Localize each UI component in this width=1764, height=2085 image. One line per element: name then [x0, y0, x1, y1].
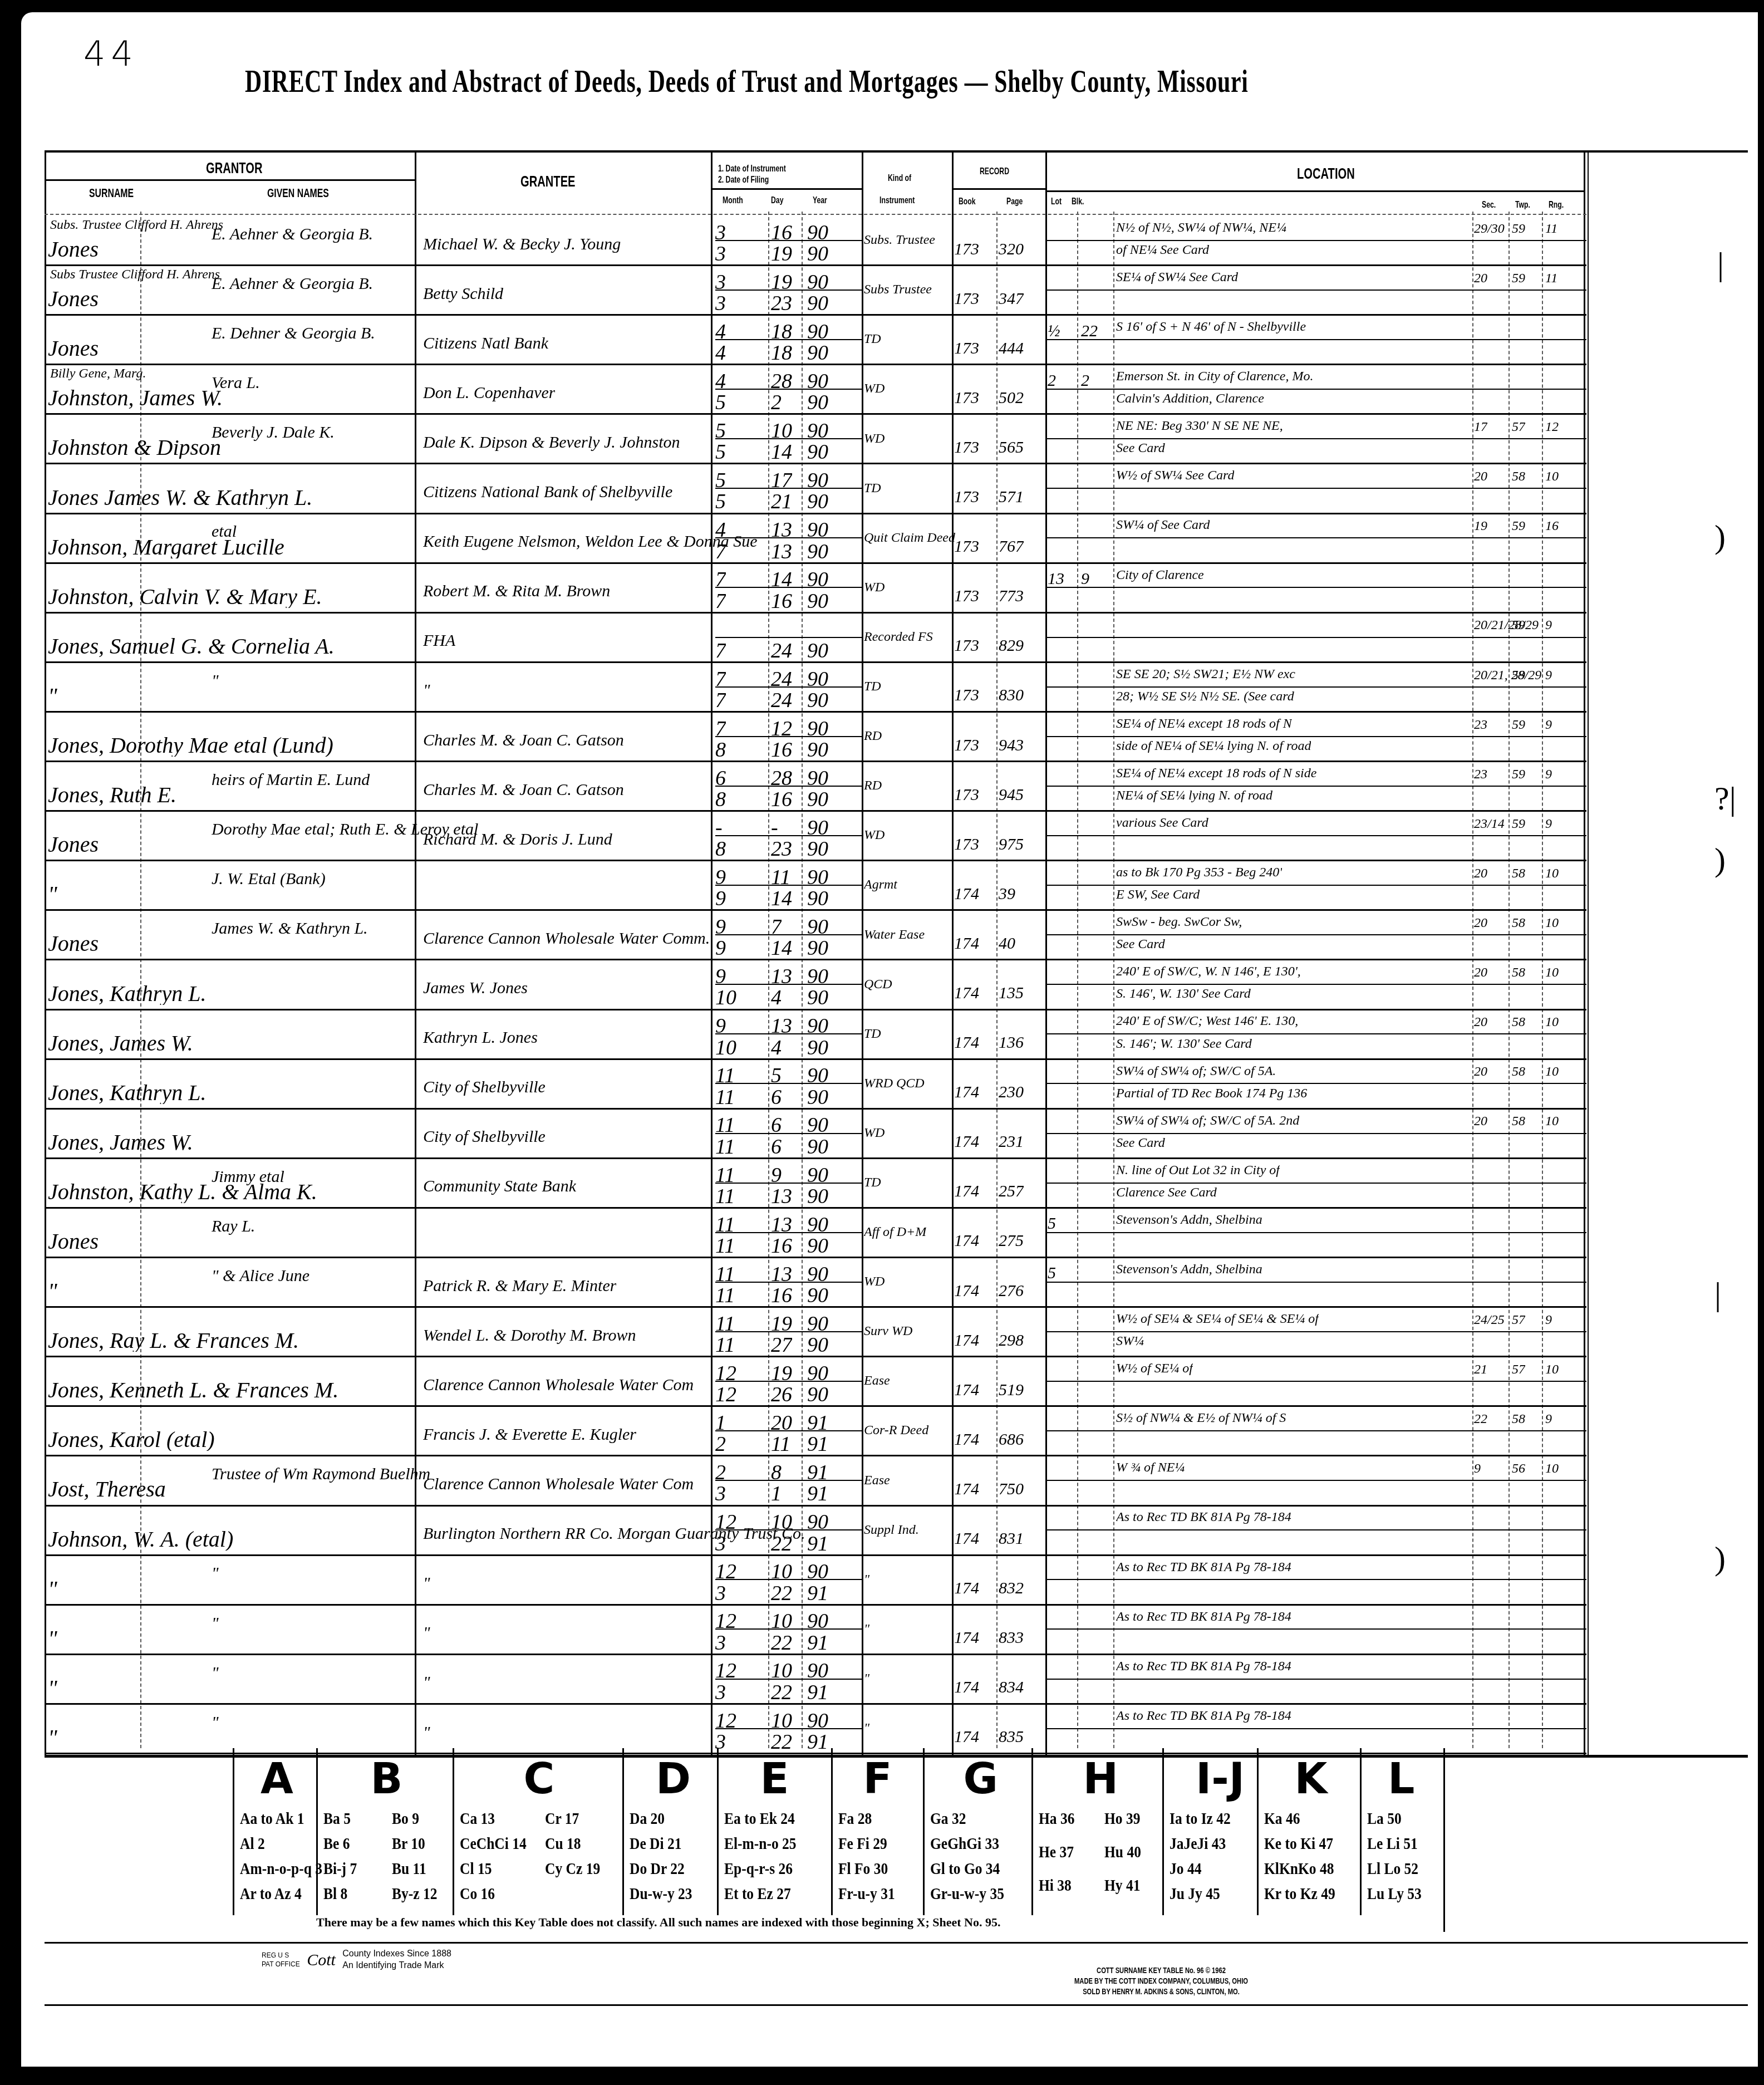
date-filing-day: 16	[771, 1235, 792, 1257]
date-instrument-month: 7	[715, 569, 726, 590]
grantor-surname: Johnston, James W.	[48, 387, 223, 409]
table-row: "" & Alice JunePatrick R. & Mary E. Mint…	[45, 1258, 1586, 1307]
location-twp: 58	[1512, 1065, 1525, 1078]
location-desc-1: W½ of SE¼ & SE¼ of SE¼ & SE¼ of	[1116, 1312, 1319, 1326]
date-filing-year: 90	[807, 392, 828, 413]
grantor-surname: Jones, Kenneth L. & Frances M.	[48, 1379, 338, 1401]
grantor-surname: Jones	[48, 933, 99, 955]
record-book: 174	[954, 1431, 979, 1448]
date-filing-year: 90	[807, 838, 828, 860]
key-entry: Gr-u-w-y 35	[930, 1885, 1004, 1904]
kind-of-instrument: Suppl Ind.	[864, 1523, 919, 1537]
grantee: Citizens Natl Bank	[423, 335, 548, 352]
date-row-divider	[715, 637, 863, 638]
location-twp: 57	[1512, 1363, 1525, 1376]
location-row-divider	[1046, 587, 1586, 588]
date-filing-day: 6	[771, 1087, 782, 1108]
kind-of-instrument: Ease	[864, 1374, 890, 1387]
kind-of-instrument: RD	[864, 729, 882, 743]
table-row: JonesJames W. & Kathryn L.Clarence Canno…	[45, 910, 1586, 960]
record-page: 40	[999, 935, 1015, 952]
header-page: Page	[1006, 196, 1023, 207]
date-filing-day: 14	[771, 888, 792, 909]
location-row-divider	[1046, 1529, 1586, 1530]
key-entry: Jo 44	[1170, 1860, 1201, 1878]
record-page: 519	[999, 1382, 1024, 1399]
grantee: Kathryn L. Jones	[423, 1029, 538, 1046]
table-row: Jones, Ray L. & Frances M.Wendel L. & Do…	[45, 1307, 1586, 1357]
kind-of-instrument: TD	[864, 680, 881, 693]
key-entry: Kr to Kz 49	[1264, 1885, 1335, 1904]
location-row-divider	[1046, 1579, 1586, 1580]
location-row-divider	[1046, 934, 1586, 935]
date-filing-day: 14	[771, 938, 792, 959]
date-filing-year: 90	[807, 1335, 828, 1356]
key-entry: Bu 11	[392, 1860, 426, 1878]
key-entry: Cu 18	[545, 1834, 581, 1853]
record-book: 174	[954, 1183, 979, 1200]
date-instrument-day: 11	[771, 867, 790, 888]
date-instrument-month: 9	[715, 966, 726, 987]
kind-of-instrument: Water Ease	[864, 928, 925, 941]
key-entry: Ep-q-r-s 26	[724, 1860, 793, 1878]
record-book: 173	[954, 340, 979, 357]
record-book: 173	[954, 836, 979, 853]
table-row: Johnson, Margaret LucilleetalKeith Eugen…	[45, 514, 1586, 563]
location-desc-1: W½ of SW¼ See Card	[1116, 469, 1234, 482]
key-table-note: There may be a few names which this Key …	[316, 1915, 1000, 1930]
grantor-given-names: E. Aehner & Georgia B.	[212, 226, 373, 243]
footer-publisher: COTT SURNAME KEY TABLE No. 96 © 1962 MAD…	[1074, 1965, 1248, 1997]
date-filing-year: 91	[807, 1682, 828, 1703]
record-page: 565	[999, 439, 1024, 456]
date-instrument-year: 90	[807, 966, 828, 987]
location-desc-2: side of NE¼ of SE¼ lying N. of road	[1116, 739, 1311, 753]
grantor-surname: "	[48, 685, 57, 707]
location-blk: 9	[1081, 571, 1089, 587]
location-desc-1: W½ of SE¼ of	[1116, 1362, 1193, 1375]
location-rng: 9	[1545, 669, 1552, 682]
table-row: """12109032291"174834As to Rec TD BK 81A…	[45, 1655, 1586, 1704]
grantor-subrule	[45, 179, 415, 181]
date-instrument-month: 4	[715, 371, 726, 392]
location-row-divider	[1046, 1083, 1586, 1084]
key-entry: Aa to Ak 1	[240, 1809, 304, 1828]
date-filing-year: 91	[807, 1483, 828, 1504]
date-filing-month: 11	[715, 1186, 735, 1207]
kind-of-instrument: Cor-R Deed	[864, 1424, 928, 1437]
location-lot: ½	[1048, 323, 1060, 340]
location-row-divider	[1046, 1282, 1586, 1283]
location-rng: 9	[1545, 1313, 1552, 1327]
location-desc-1: As to Rec TD BK 81A Pg 78-184	[1116, 1660, 1291, 1673]
location-desc-1: various See Card	[1116, 816, 1208, 830]
table-row: Jones, Kenneth L. & Frances M.Clarence C…	[45, 1357, 1586, 1406]
location-sec: 9	[1474, 1462, 1481, 1475]
location-twp: 58	[1512, 1115, 1525, 1128]
date-instrument-day: 20	[771, 1412, 792, 1434]
key-entry: Cr 17	[545, 1809, 579, 1828]
grantee: James W. Jones	[423, 980, 528, 997]
location-sec: 20	[1474, 1065, 1487, 1078]
header-twp: Twp.	[1515, 199, 1530, 210]
location-blk: 22	[1081, 323, 1098, 340]
date-instrument-month: 9	[715, 916, 726, 938]
location-twp: 59	[1512, 768, 1525, 781]
kind-of-instrument: TD	[864, 1176, 881, 1189]
location-desc-2: 28; W½ SE S½ N½ SE. (See card	[1116, 690, 1294, 703]
date-instrument-month: 12	[715, 1710, 736, 1731]
kind-of-instrument: RD	[864, 779, 882, 792]
record-page: 767	[999, 538, 1024, 555]
date-instrument-day: 13	[771, 966, 792, 987]
key-entry: Cy Cz 19	[545, 1860, 600, 1878]
table-row: Jones James W. & Kathryn L.Citizens Nati…	[45, 464, 1586, 513]
date-instrument-day: 9	[771, 1165, 782, 1186]
date-row-divider	[715, 835, 863, 836]
location-rng: 9	[1545, 768, 1552, 781]
key-letter: G	[964, 1754, 998, 1803]
date-instrument-day: 10	[771, 1611, 792, 1632]
location-row-divider	[1046, 835, 1586, 836]
record-page: 444	[999, 340, 1024, 357]
date-filing-day: 27	[771, 1335, 792, 1356]
grantor-given-names: J. W. Etal (Bank)	[212, 871, 326, 887]
table-row: """12109032291"174833As to Rec TD BK 81A…	[45, 1605, 1586, 1655]
location-desc-1: S 16' of S + N 46' of N - Shelbyville	[1116, 320, 1306, 333]
table-row: Jones, Ruth E.heirs of Martin E. LundCha…	[45, 762, 1586, 811]
grantor-surname: Jones James W. & Kathryn L.	[48, 487, 312, 509]
grantor-surname: Jones, Karol (etal)	[48, 1429, 215, 1451]
margin-bracket: |	[1714, 1275, 1721, 1313]
location-rng: 10	[1545, 1462, 1559, 1475]
date-filing-day: 4	[771, 1037, 782, 1058]
location-desc-2: S. 146'; W. 130' See Card	[1116, 1037, 1252, 1051]
record-page: 231	[999, 1134, 1024, 1150]
location-sec: 20/21, 28/29	[1474, 669, 1541, 682]
date-instrument-month: 6	[715, 768, 726, 789]
date-filing-day: 23	[771, 293, 792, 314]
record-book: 173	[954, 737, 979, 754]
header-surname: SURNAME	[89, 186, 134, 200]
date-instrument-year: 90	[807, 1660, 828, 1681]
date-instrument-month: 9	[715, 1015, 726, 1037]
date-instrument-year: 90	[807, 1264, 828, 1285]
location-row-divider	[1046, 438, 1586, 439]
key-entry: De Di 21	[630, 1834, 681, 1853]
date-filing-month: 9	[715, 888, 726, 909]
date-instrument-month: 12	[715, 1512, 736, 1533]
date-subrule	[711, 188, 862, 190]
grantee: Betty Schild	[423, 286, 503, 302]
location-rng: 10	[1545, 1115, 1559, 1128]
publisher-line-3: SOLD BY HENRY M. ADKINS & SONS, CLINTON,…	[1074, 1986, 1248, 1997]
grantee: Clarence Cannon Wholesale Water Comm.	[423, 930, 710, 947]
date-filing-year: 90	[807, 293, 828, 314]
date-filing-month: 8	[715, 739, 726, 761]
location-sec: 20	[1474, 966, 1487, 979]
date-filing-day: 16	[771, 591, 792, 612]
date-instrument-month: 4	[715, 519, 726, 541]
table-row: Jones, Samuel G. & Cornelia A.FHA 72490R…	[45, 613, 1586, 663]
grantor-note: Billy Gene, Marg.	[50, 367, 146, 380]
record-book: 173	[954, 538, 979, 555]
location-twp: 59	[1512, 519, 1525, 533]
date-instrument-year: 90	[807, 916, 828, 938]
location-rng: 11	[1545, 222, 1557, 236]
table-row: Jones, James W.City of Shelbyville116901…	[45, 1109, 1586, 1159]
location-sec: 29/30	[1474, 222, 1505, 236]
key-entry: Da 20	[630, 1809, 665, 1828]
grantor-surname: Jones	[48, 337, 99, 360]
location-rng: 9	[1545, 1412, 1552, 1426]
date-instrument-month: 5	[715, 420, 726, 441]
grantee: Burlington Northern RR Co. Morgan Guaran…	[423, 1525, 805, 1542]
date-filing-month: 11	[715, 1235, 735, 1257]
location-twp: 58	[1512, 966, 1525, 979]
kind-of-instrument: Aff of D+M	[864, 1225, 926, 1239]
key-letter: C	[524, 1754, 555, 1803]
location-row-divider	[1046, 389, 1586, 390]
location-desc-2: See Card	[1116, 938, 1165, 951]
location-desc-2: NE¼ of SE¼ lying N. of road	[1116, 789, 1272, 802]
kind-of-instrument: Agrmt	[864, 878, 897, 891]
kind-of-instrument: WD	[864, 1275, 885, 1288]
record-book: 173	[954, 439, 979, 456]
header-day: Day	[771, 195, 783, 206]
date-filing-day: 18	[771, 342, 792, 364]
grantor-surname: "	[48, 1578, 57, 1600]
location-desc-2: Calvin's Addition, Clarence	[1116, 392, 1264, 405]
date-filing-day: 13	[771, 1186, 792, 1207]
record-book: 174	[954, 935, 979, 952]
grantor-given-names: Vera L.	[212, 375, 260, 391]
location-row-divider	[1046, 1728, 1586, 1729]
location-desc-2: of NE¼ See Card	[1116, 243, 1209, 257]
key-entry: Le Li 51	[1367, 1834, 1418, 1853]
date-instrument-year: 90	[807, 867, 828, 888]
location-sec: 21	[1474, 1363, 1487, 1376]
record-book: 174	[954, 1729, 979, 1745]
date-instrument-day: 28	[771, 371, 792, 392]
kind-of-instrument: "	[864, 1622, 869, 1636]
table-row: JonesRay L.111390111690Aff of D+M1742755…	[45, 1208, 1586, 1258]
grantor-surname: Jones, James W.	[48, 1131, 193, 1154]
header-location: LOCATION	[1297, 165, 1355, 183]
grantee: Patrick R. & Mary E. Minter	[423, 1278, 616, 1294]
location-sec: 19	[1474, 519, 1487, 533]
date-row-divider	[715, 1480, 863, 1481]
location-rng: 10	[1545, 867, 1559, 880]
location-sec: 20	[1474, 916, 1487, 930]
date-filing-day: 24	[771, 690, 792, 711]
record-page: 831	[999, 1530, 1024, 1547]
date-filing-year: 90	[807, 987, 828, 1008]
record-book: 173	[954, 489, 979, 506]
location-row-divider	[1046, 1033, 1586, 1034]
kind-of-instrument: WD	[864, 382, 885, 395]
date-instrument-year: 90	[807, 1015, 828, 1037]
date-instrument-month: 4	[715, 321, 726, 342]
date-filing-year: 90	[807, 1037, 828, 1058]
grantor-surname: Jones	[48, 833, 99, 856]
kind-of-instrument: TD	[864, 482, 881, 495]
location-lot: 2	[1048, 372, 1056, 389]
grantor-surname: Johnston, Calvin V. & Mary E.	[48, 586, 322, 608]
date-instrument-year: 90	[807, 718, 828, 739]
key-entry: He 37	[1039, 1843, 1074, 1862]
record-book: 174	[954, 1382, 979, 1399]
location-row-divider	[1046, 1679, 1586, 1680]
location-rng: 11	[1545, 272, 1557, 285]
location-twp: 58	[1512, 867, 1525, 880]
record-page: 320	[999, 241, 1024, 258]
key-entry: Ha 36	[1039, 1809, 1074, 1828]
date-instrument-month: 11	[715, 1313, 735, 1335]
grantor-surname: "	[48, 1627, 57, 1650]
location-twp: 59	[1512, 669, 1525, 682]
margin-bracket: |	[1717, 245, 1724, 283]
grantor-surname: "	[48, 1280, 57, 1302]
date-instrument-day: 19	[771, 1313, 792, 1335]
table-row: Johnston, Kathy L. & Alma K.Jimmy etalCo…	[45, 1159, 1586, 1208]
key-entry: Ba 5	[323, 1809, 351, 1828]
date-filing-year: 91	[807, 1434, 828, 1455]
key-letter: E	[760, 1754, 789, 1803]
location-rng: 10	[1545, 1363, 1559, 1376]
location-rng: 12	[1545, 420, 1559, 434]
date-instrument-month: -	[715, 817, 723, 838]
date-filing-month: 3	[715, 1583, 726, 1604]
date-instrument-year: 90	[807, 519, 828, 541]
date-filing-day: 22	[771, 1533, 792, 1554]
date-instrument-day: 14	[771, 569, 792, 590]
location-row-divider	[1046, 885, 1586, 886]
key-entry: Ea to Ek 24	[724, 1809, 795, 1828]
location-desc-1: NE NE: Beg 330' N SE NE NE,	[1116, 419, 1283, 433]
grantee: "	[423, 682, 430, 699]
grantee: Keith Eugene Nelsmon, Weldon Lee & Donna…	[423, 533, 757, 550]
table-row: Jones, James W.Kathryn L. Jones913901049…	[45, 1010, 1586, 1059]
record-page: 257	[999, 1183, 1024, 1200]
margin-bracket: )	[1714, 841, 1726, 879]
location-rng: 9	[1545, 619, 1552, 632]
location-row-divider	[1046, 1133, 1586, 1134]
header-date-filing: 2. Date of Filing	[718, 174, 769, 185]
location-desc-1: Stevenson's Addn, Shelbina	[1116, 1263, 1262, 1276]
header-year: Year	[813, 195, 827, 206]
date-filing-day: 14	[771, 441, 792, 463]
location-row-divider	[1046, 1628, 1586, 1630]
key-entry: Fr-u-y 31	[838, 1885, 895, 1904]
date-filing-month: 7	[715, 690, 726, 711]
page-title: DIRECT Index and Abstract of Deeds, Deed…	[245, 62, 1249, 100]
location-sec: 24/25	[1474, 1313, 1505, 1327]
header-given-names: GIVEN NAMES	[267, 186, 329, 200]
record-book: 174	[954, 1679, 979, 1696]
date-filing-year: 90	[807, 690, 828, 711]
grantor-surname: Jones, Dorothy Mae etal (Lund)	[48, 734, 333, 757]
date-filing-day: 19	[771, 243, 792, 264]
record-book: 174	[954, 886, 979, 902]
date-filing-day: 23	[771, 838, 792, 860]
kind-of-instrument: Recorded FS	[864, 630, 933, 644]
publisher-line-2: MADE BY THE COTT INDEX COMPANY, COLUMBUS…	[1074, 1976, 1248, 1986]
date-filing-month: 5	[715, 392, 726, 413]
grantor-surname: Jones, Kathryn L.	[48, 1082, 206, 1104]
key-column-d: DDa 20De Di 21Do Dr 22Du-w-y 23	[622, 1748, 719, 1915]
key-column-c: CCa 13CeChCi 14Cl 15Co 16Cr 17Cu 18Cy Cz…	[453, 1748, 624, 1915]
date-filing-month: 12	[715, 1384, 736, 1405]
grantor-given-names: "	[212, 1714, 219, 1731]
date-filing-year: 90	[807, 640, 828, 661]
location-sec: 20	[1474, 1115, 1487, 1128]
date-filing-year: 90	[807, 342, 828, 364]
date-instrument-day: 10	[771, 1512, 792, 1533]
kind-of-instrument: "	[864, 1721, 869, 1735]
date-filing-year: 90	[807, 1136, 828, 1157]
grantor-surname: "	[48, 1677, 57, 1699]
footer-rule-bottom	[45, 2004, 1748, 2006]
key-entry: Ga 32	[930, 1809, 966, 1828]
grantor-given-names: E. Aehner & Georgia B.	[212, 276, 373, 292]
record-page: 835	[999, 1729, 1024, 1745]
key-column-h: HHa 36He 37Hi 38Ho 39Hu 40Hy 41	[1031, 1748, 1164, 1915]
date-instrument-day: 17	[771, 470, 792, 491]
location-blk: 2	[1081, 372, 1089, 389]
date-filing-month: 11	[715, 1136, 735, 1157]
record-page: 833	[999, 1630, 1024, 1646]
date-filing-year: 90	[807, 1384, 828, 1405]
record-book: 174	[954, 1283, 979, 1299]
header-blk: Blk.	[1072, 196, 1084, 207]
date-instrument-month: 5	[715, 470, 726, 491]
key-column-a: AAa to Ak 1Al 2Am-n-o-p-q 3Ar to Az 4	[233, 1748, 318, 1915]
date-filing-year: 90	[807, 243, 828, 264]
date-instrument-month: 11	[715, 1065, 735, 1086]
surname-key-table: There may be a few names which this Key …	[233, 1748, 1352, 1932]
record-page: 571	[999, 489, 1024, 506]
kind-of-instrument: "	[864, 1573, 869, 1586]
record-book: 174	[954, 1580, 979, 1597]
location-rng: 10	[1545, 916, 1559, 930]
date-instrument-day: 19	[771, 272, 792, 293]
kind-of-instrument: TD	[864, 1027, 881, 1041]
date-instrument-day: 7	[771, 916, 782, 938]
record-book: 173	[954, 588, 979, 605]
date-instrument-year: 90	[807, 470, 828, 491]
date-instrument-day: 6	[771, 1115, 782, 1136]
kind-of-instrument: WRD QCD	[864, 1077, 925, 1090]
date-instrument-month: 12	[715, 1561, 736, 1582]
kind-of-instrument: QCD	[864, 978, 892, 991]
date-filing-month: 8	[715, 838, 726, 860]
record-page: 39	[999, 886, 1015, 902]
grantor-given-names: "	[212, 1665, 219, 1681]
table-row: Subs. Trustee Clifford H. AhrensJonesE. …	[45, 216, 1586, 266]
grantor-surname: Jones, Ruth E.	[48, 784, 176, 806]
location-row-divider	[1046, 1480, 1586, 1481]
record-page: 829	[999, 637, 1024, 654]
key-column-b: BBa 5Be 6Bi-j 7Bl 8Bo 9Br 10Bu 11By-z 12	[316, 1748, 454, 1915]
location-sec: 23	[1474, 768, 1487, 781]
location-desc-1: SE SE 20; S½ SW21; E½ NW exc	[1116, 668, 1295, 681]
key-entry: Fe Fi 29	[838, 1834, 887, 1853]
header-date-instrument: 1. Date of Instrument	[718, 163, 786, 174]
kind-of-instrument: Subs Trustee	[864, 283, 932, 296]
kind-of-instrument: WD	[864, 581, 885, 594]
key-letter: L	[1388, 1754, 1414, 1803]
